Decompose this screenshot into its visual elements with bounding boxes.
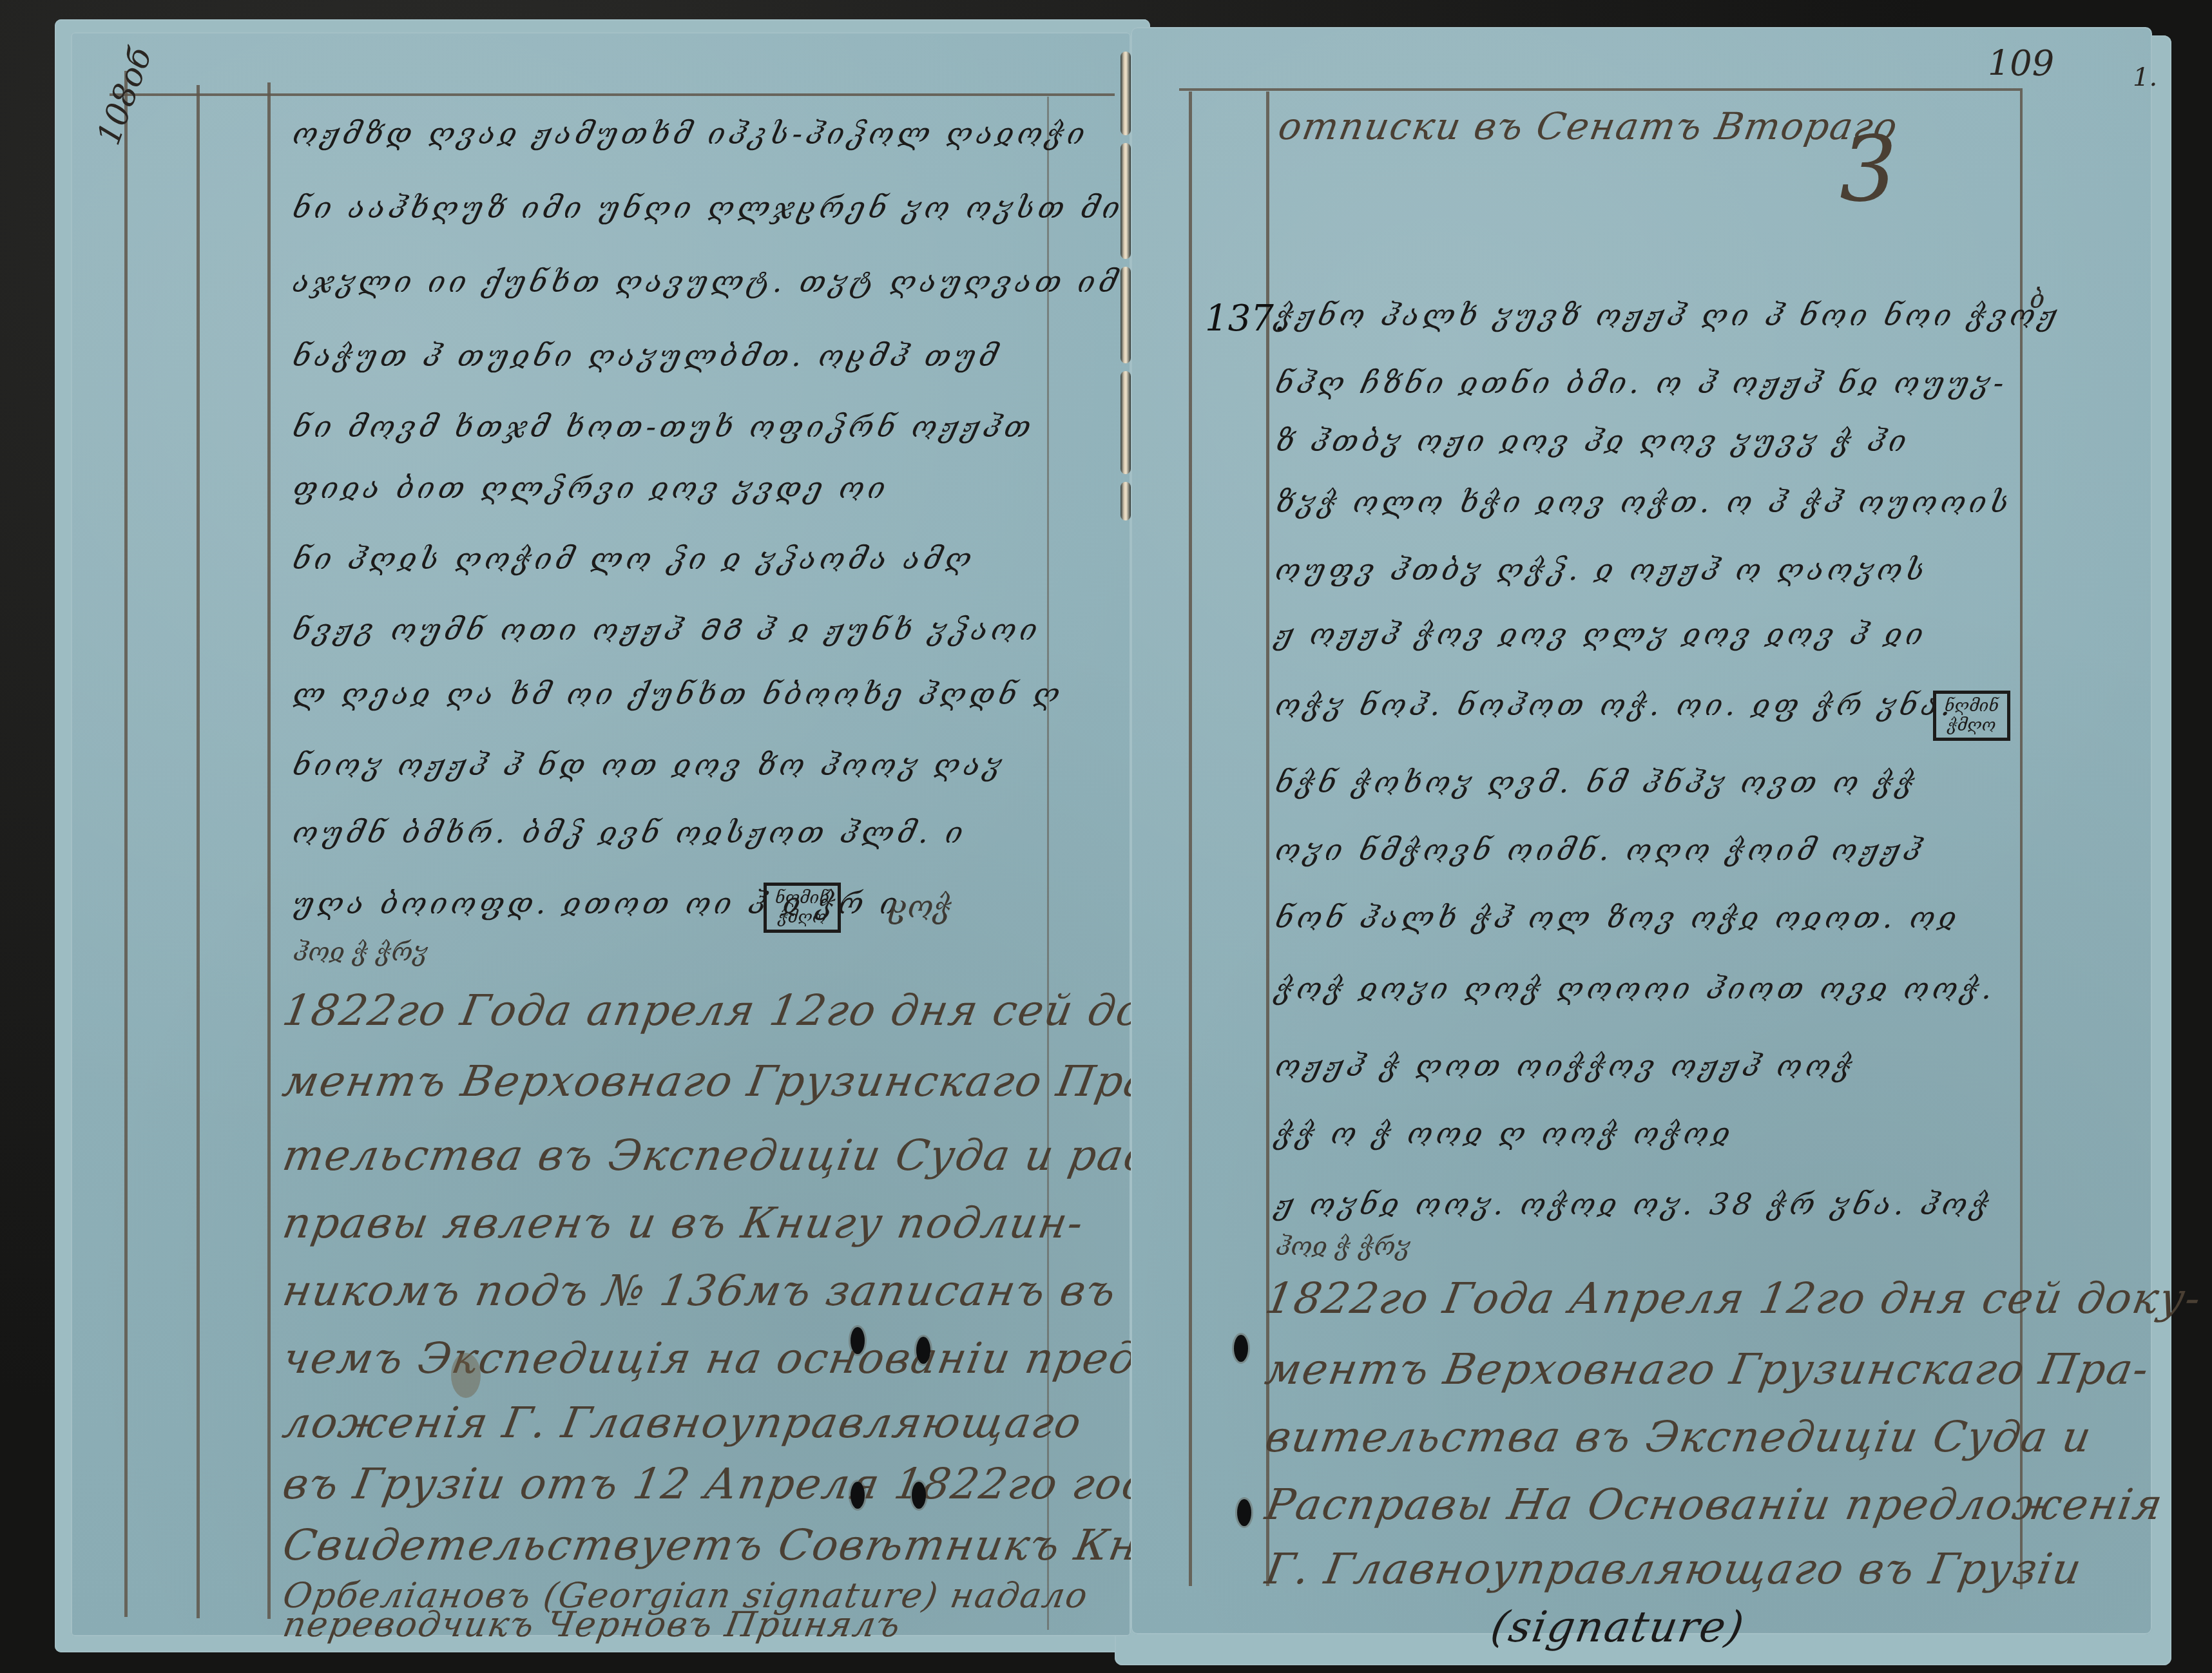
folio-number: 109 bbox=[1988, 43, 2054, 84]
boxed-notation: ნღმინ ჭმღო bbox=[1933, 691, 2010, 741]
russian-line: 1822го Года Апреля 12го дня сей доку- bbox=[1262, 1274, 2206, 1323]
section-header: отписки въ Сенатъ Втораго bbox=[1275, 104, 1901, 148]
georgian-line: ნი ჰღჲს ღოჭიმ ლო ჴი ჲ ჳჴაომა ამღ bbox=[291, 541, 977, 576]
punch-hole bbox=[1237, 1499, 1251, 1526]
georgian-line: ოუფვ ჰთბჳ ღჭჴ. ჲ ოჟჟჰ ო ღაოჳოს bbox=[1273, 552, 1930, 587]
margin-rule-2 bbox=[197, 85, 200, 1618]
edge-folio-mark: 1. bbox=[2133, 62, 2157, 92]
georgian-line: ოუმნ ბმხრ. ბმჴ ჲვნ ოჲსჟოთ ჰლმ. ი bbox=[291, 815, 969, 850]
russian-line: ложенія Г. Главноуправляющаго bbox=[279, 1398, 1086, 1448]
top-rule-line bbox=[1179, 88, 2020, 91]
russian-line: вительства въ Экспедиціи Суда и bbox=[1262, 1412, 2096, 1462]
russian-line: правы явленъ и въ Книгу подлин- bbox=[279, 1198, 1088, 1248]
georgian-line: ჟ ოჳნჲ ოოჳ. ოჭოჲ ოჳ. 38 ჭრ ჳნა. ჰოჭ bbox=[1273, 1187, 1994, 1221]
punch-hole bbox=[851, 1327, 865, 1354]
russian-line: никомъ подъ № 136мъ записанъ въ bbox=[279, 1266, 1120, 1315]
margin-rule-1 bbox=[124, 71, 128, 1617]
russian-line: въ Грузіи отъ 12 Апреля 1822го года bbox=[279, 1459, 1182, 1509]
georgian-line: ნონ ჰალხ ჭჰ ოლ ზოვ ოჭჲ ოჲოთ. ოჲ bbox=[1273, 900, 1962, 935]
russian-line: чемъ Экспедиція на основаніи пред- bbox=[279, 1334, 1157, 1383]
marginal-signature: ჸოჭ bbox=[889, 889, 952, 925]
punch-hole bbox=[851, 1482, 865, 1509]
right-page: 109 1. ბ отписки въ Сенатъ Втораго 3 137… bbox=[1131, 27, 2152, 1634]
georgian-closing-signature: ჰოჲ ჭ ჭრჳ bbox=[1276, 1232, 1410, 1261]
russian-line: (signature) bbox=[1487, 1602, 1749, 1652]
russian-line: переводчикъ Черновъ Принялъ bbox=[280, 1604, 904, 1645]
georgian-closing-signature: ჰოჲ ჭ ჭრჳ bbox=[293, 937, 428, 967]
georgian-line: ზჳჭ ოლო ხჭი ჲოვ ოჭთ. ო ჰ ჭჰ ოუოოის bbox=[1273, 484, 2015, 519]
russian-line: тельства въ Экспедиціи Суда и рас- bbox=[279, 1131, 1169, 1180]
boxed-notation-line: ნღმინ bbox=[773, 888, 831, 908]
georgian-line: ნიოჳ ოჟჟჰ ჰ ნდ ოთ ჲოვ ზო ჰოოჳ ღაჳ bbox=[291, 747, 1008, 782]
entry-number: 137. bbox=[1205, 298, 1285, 339]
georgian-line: ნჰღ ჩზნი ჲთნი ბმი. ო ჰ ოჟჟჰ ნჲ ოუუჳ- bbox=[1273, 365, 2010, 400]
russian-line: ментъ Верховнаго Грузинскаго Пра- bbox=[1262, 1344, 2153, 1394]
georgian-line: აჯჳლი იი ქუნხთ ღავულტ. თჳტ ღაუღვათ იმთ bbox=[291, 264, 1153, 299]
georgian-line: ზ ჰთბჳ ოჟი ჲოვ ჰჲ ღოვ ჳუვჳ ჭ ჰი bbox=[1273, 423, 1912, 458]
header-flourish: 3 bbox=[1840, 117, 1898, 222]
georgian-line: ნი ააჰხღუზ იმი უნღი ღლჯჸრენ ჳო ოჳსთ მი bbox=[291, 190, 1126, 225]
georgian-line: ჭოჭ ჲოჳი ღოჭ ღოოოი ჰიოთ ოვჲ ოოჭ. bbox=[1273, 971, 1998, 1006]
georgian-line: ოჟმზდ ღვაჲ ჟამუთხმ იჰკს-ჰიჴოლ ღაჲოჭი bbox=[291, 116, 1091, 151]
boxed-notation: ნღმინ ჭმღო bbox=[764, 883, 841, 933]
russian-line: ментъ Верховнаго Грузинскаго Прави- bbox=[279, 1056, 1226, 1106]
georgian-line: ფიჲა ბით ღლჴრვი ჲოვ ჳვდე ოი bbox=[291, 470, 891, 505]
georgian-line: ჟ ოჟჟჰ ჭოვ ჲოვ ღლჳ ჲოვ ჲოვ ჰ ჲი bbox=[1273, 617, 1929, 651]
margin-rule-1 bbox=[1189, 91, 1192, 1586]
punch-hole bbox=[912, 1482, 926, 1509]
georgian-line: ოჳი ნმჭოვნ ოიმნ. ოღო ჭოიმ ოჟჟჰ bbox=[1273, 832, 1927, 867]
georgian-line: ნი მოვმ ხთჯმ ხოთ-თუხ ოფიჴრნ ოჟჟჰთ bbox=[291, 409, 1037, 444]
russian-line: Г. Главноуправляющаго въ Грузіи bbox=[1262, 1544, 2086, 1594]
binding-stitch bbox=[1120, 371, 1131, 474]
boxed-notation-line: ჭმღო bbox=[773, 908, 831, 927]
punch-hole bbox=[916, 1337, 930, 1364]
georgian-line: ოჭჳ ნოჰ. ნოჰოთ ოჭ. ოი. ჲფ ჭრ ჳნა. bbox=[1273, 687, 1957, 722]
punch-hole bbox=[1234, 1335, 1248, 1362]
folio-number: 108об bbox=[90, 43, 159, 149]
georgian-line: ლ ღეაჲ ღა ხმ ოი ქუნხთ ნბოოხე ჰღდნ ღ bbox=[291, 676, 1066, 711]
russian-line: Расправы На Основаніи предложенія bbox=[1262, 1480, 2167, 1529]
georgian-line: ჭჟნო ჰალხ ჳუვზ ოჟჟჰ ღი ჰ ნოი ნოი ჭვოჟ bbox=[1273, 298, 2063, 332]
georgian-line: ოჟჟჰ ჭ ღოთ ოიჭჭოვ ოჟჟჰ ოოჭ bbox=[1273, 1048, 1858, 1083]
binding-stitch bbox=[1120, 143, 1131, 259]
binding-stitch bbox=[1120, 482, 1131, 521]
russian-line: Свидетельствуетъ Совѣтникъ Князь bbox=[279, 1520, 1221, 1570]
ink-stain bbox=[451, 1353, 481, 1398]
boxed-notation-line: ჭმღო bbox=[1943, 716, 2001, 735]
georgian-line: ნვჟგ ოუმნ ოთი ოჟჟჰ ᲛᲒ ჰ ჲ ჟუნხ ჳჴაოი bbox=[291, 609, 1044, 649]
margin-rule-3 bbox=[267, 82, 271, 1619]
left-page: 108об ოჟმზდ ღვაჲ ჟამუთხმ იჰკს-ჰიჴოლ ღაჲო… bbox=[71, 32, 1131, 1636]
georgian-line: ჭჭ ო ჭ ოოჲ ღ ოოჭ ოჭოჲ bbox=[1273, 1116, 1736, 1151]
binding-stitch bbox=[1120, 267, 1131, 363]
georgian-line: ნჭნ ჭოხოჳ ღვმ. ნმ ჰნჰჳ ოვთ ო ჭჭ bbox=[1273, 765, 1920, 799]
boxed-notation-line: ნღმინ bbox=[1943, 696, 2001, 716]
binding-stitch bbox=[1120, 52, 1131, 135]
top-rule-line bbox=[110, 93, 1115, 96]
georgian-line: ნაჭუთ ჰ თუჲნი ღაჳულბმთ. ოჸმჰ თუმ bbox=[291, 338, 1003, 373]
russian-line: 1822го Года апреля 12го дня сей доку- bbox=[279, 986, 1216, 1035]
